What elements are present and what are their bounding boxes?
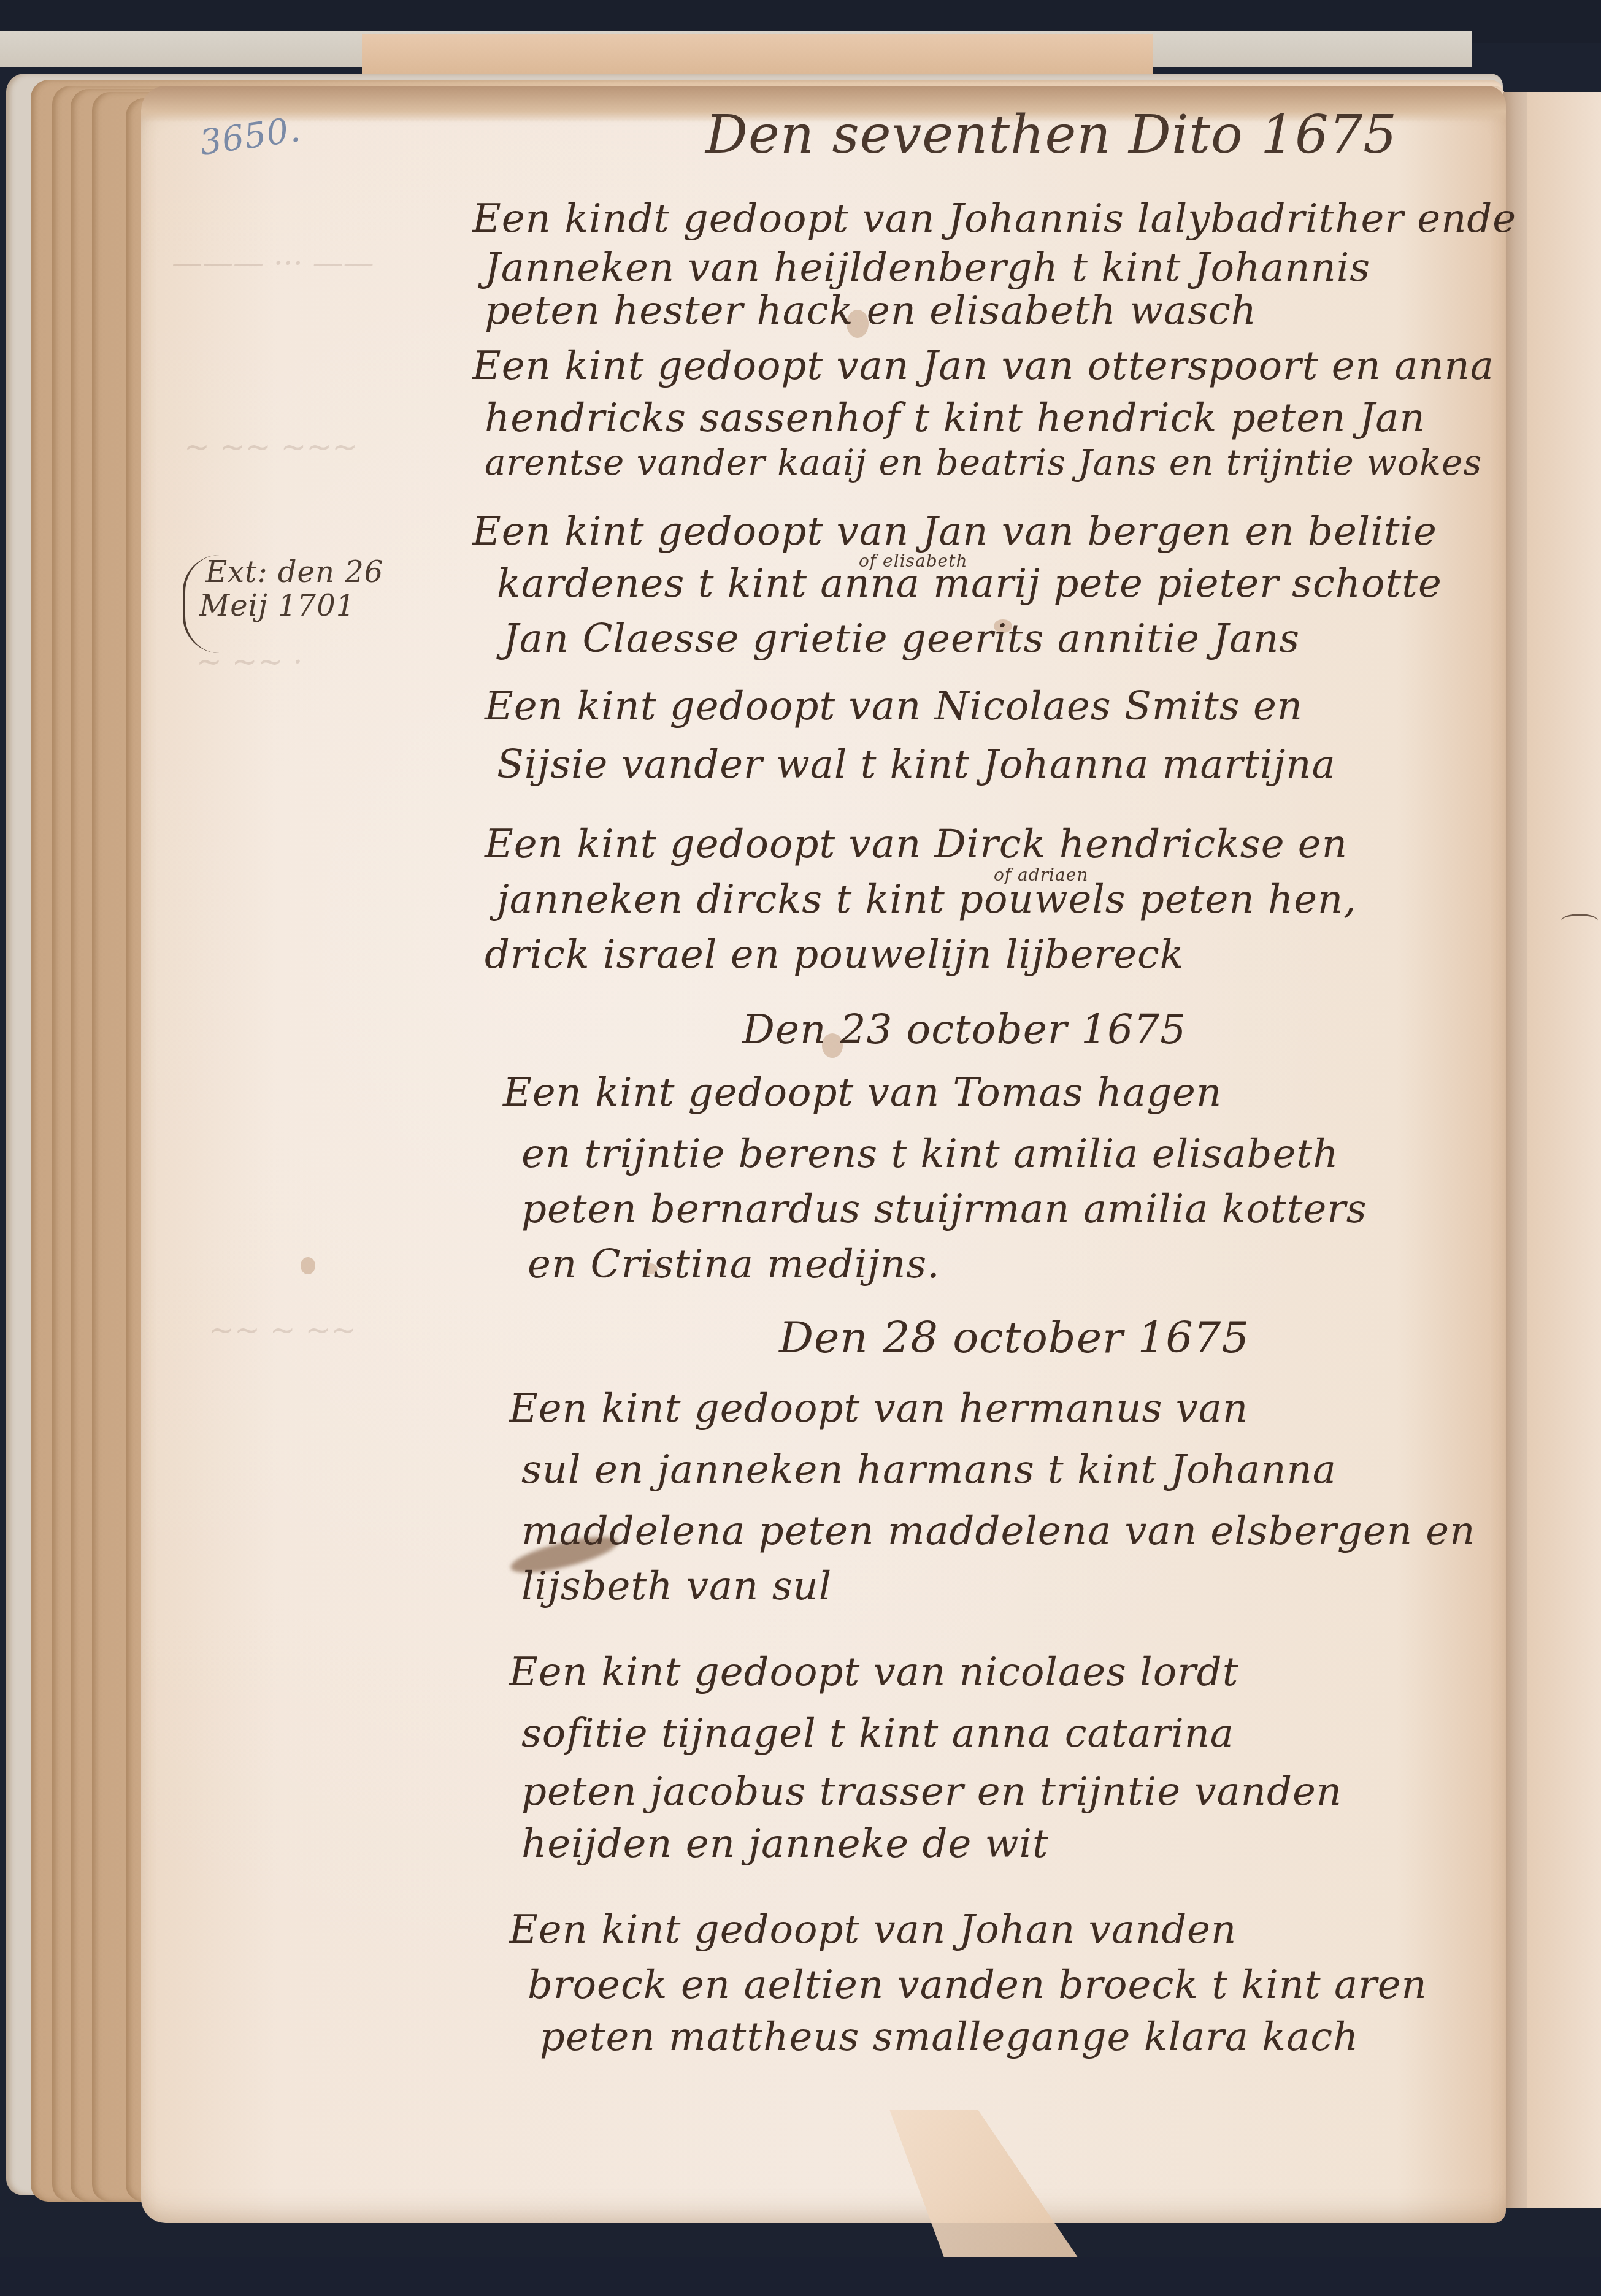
entry-8-line-1: Een kint gedoopt van nicolaes lordt (509, 1650, 1239, 1695)
entry-6-line-2: en trijntie berens t kint amilia elisabe… (521, 1131, 1338, 1177)
bleed-through-text: ——— ··· —— (172, 245, 374, 281)
entry-3-line-2: kardenes t kint anna marij pete pieter s… (497, 561, 1442, 607)
facing-page (1527, 92, 1601, 2208)
entry-6-line-3: peten bernardus stuijrman amilia kotters (521, 1187, 1367, 1232)
marginal-note-line1: Ext: den 26 (205, 555, 383, 589)
date-heading-23-october: Den 23 october 1675 (742, 1006, 1186, 1053)
facing-page-mark (1561, 914, 1598, 928)
entry-4-line-2: Sijsie vander wal t kint Johanna martijn… (497, 742, 1336, 787)
entry-7-line-3: maddelena peten maddelena van elsbergen … (521, 1509, 1475, 1554)
marginal-note-line2: Meij 1701 (199, 589, 355, 623)
entry-3-line-1: Een kint gedoopt van Jan van bergen en b… (472, 509, 1437, 554)
entry-5-line-1: Een kint gedoopt van Dirck hendrickse en (485, 822, 1348, 867)
book-board-bottom (0, 2257, 1601, 2296)
entry-5-line-3: drick israel en pouwelijn lijbereck (485, 932, 1184, 978)
manuscript-scan: ——— ··· —— ~ ~~ ~~~ ~ ~~ · ~~ ~ ~~ 3650.… (0, 0, 1601, 2296)
entry-2-line-2: hendricks sassenhof t kint hendrick pete… (485, 396, 1426, 441)
entry-1-line-2: Janneken van heijldenbergh t kint Johann… (485, 245, 1370, 291)
entry-2-line-3: arentse vander kaaij en beatris Jans en … (485, 442, 1482, 483)
entry-8-line-4: heijden en janneke de wit (521, 1821, 1049, 1867)
entry-8-line-2: sofitie tijnagel t kint anna catarina (521, 1711, 1234, 1756)
entry-1-line-3: peten hester hack en elisabeth wasch (485, 288, 1257, 334)
entry-9-line-2: broeck en aeltien vanden broeck t kint a… (528, 1962, 1427, 2008)
entry-3-line-3: Jan Claesse grietie geerits annitie Jans (503, 616, 1300, 662)
entry-7-line-1: Een kint gedoopt van hermanus van (509, 1386, 1248, 1431)
entry-6-line-4: en Cristina medijns. (528, 1242, 940, 1287)
page-heading: Den seventhen Dito 1675 (705, 104, 1397, 166)
book-gutter (1503, 92, 1527, 2208)
entry-5-line-2: janneken dircks t kint pouwels peten hen… (497, 877, 1357, 922)
bleed-through-text: ~ ~~ ~~~ (184, 429, 358, 465)
entry-7-line-2: sul en janneken harmans t kint Johanna (521, 1447, 1337, 1493)
entry-6-line-1: Een kint gedoopt van Tomas hagen (503, 1070, 1222, 1115)
entry-4-line-1: Een kint gedoopt van Nicolaes Smits en (485, 684, 1303, 729)
entry-8-line-3: peten jacobus trasser en trijntie vanden (521, 1769, 1342, 1815)
entry-9-line-3: peten mattheus smallegange klara kach (540, 2015, 1359, 2060)
entry-7-line-4: lijsbeth van sul (521, 1564, 832, 1609)
entry-9-line-1: Een kint gedoopt van Johan vanden (509, 1907, 1237, 1953)
entry-1-line-1: Een kindt gedoopt van Johannis lalybadri… (472, 196, 1516, 242)
entry-2-line-1: Een kint gedoopt van Jan van otterspoort… (472, 343, 1494, 389)
bleed-through-text: ~~ ~ ~~ (209, 1312, 356, 1348)
ink-stain (301, 1257, 315, 1274)
date-heading-28-october: Den 28 october 1675 (779, 1312, 1250, 1363)
